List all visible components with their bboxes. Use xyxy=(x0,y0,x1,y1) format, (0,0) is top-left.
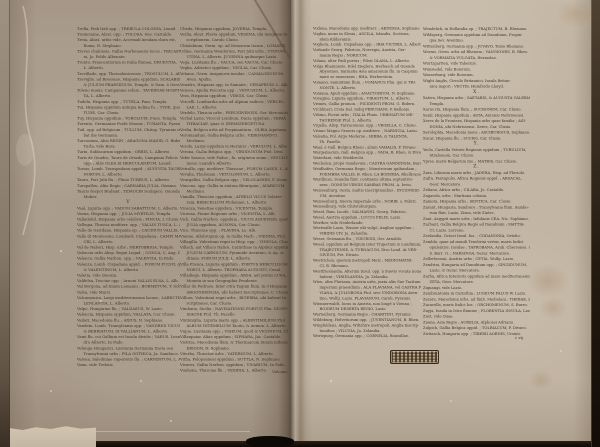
index-line: opulentiss. Insulae ; TAPROBANA, Arab. C… xyxy=(423,245,530,251)
printer-ornament xyxy=(390,350,439,364)
index-line: Valence, Gallia Narbon. opp. ; VALENTIA,… xyxy=(77,256,180,262)
index-line: Wendelick, in Hollandia op. ; TRAJECTUM,… xyxy=(423,26,530,32)
index-line: Xativa, Hispania urbs ; SAETABIS, & AUGU… xyxy=(423,95,530,101)
paper-flecks xyxy=(60,250,62,252)
index-line: Verona, Gallia Belgica opp. ; VIRODUNUM … xyxy=(180,149,288,155)
index-line: Turento, Germaniae Poelii Moenis ; TURAN… xyxy=(77,121,180,127)
signature-mark: c vij xyxy=(423,335,537,341)
book-right-edge xyxy=(591,0,600,447)
paper-flecks xyxy=(330,380,332,382)
index-line: Zellerbronni, Austria urbs ; CETIA, Wolf… xyxy=(423,256,530,262)
index-line: Xarus riu, Hispania flum. ; SUCRONEM, Ca… xyxy=(423,107,530,113)
index-line: Veglia, Adriatici oppidum ; VEGLIA, Car.… xyxy=(180,65,288,71)
index-column-right-2: Wendelick, in Hollandia op. ; TRAJECTUM,… xyxy=(423,26,530,337)
book-photo: Trella, Pedi Itali opp. ; TREBULA COLONI… xyxy=(0,0,600,447)
index-line: Worms, Germ. urbs ad Rhenum ; VANGIONES,… xyxy=(423,49,530,55)
index-line: Voghia, mons in Slesia ; ASCILA, Islandi… xyxy=(313,31,421,36)
index-line: Turin, Sublacarum oppidum ; ORBIS, L. Al… xyxy=(77,149,180,155)
index-line: Vrbino, Piceni urbs ; ITALIA Plinio. URB… xyxy=(313,112,421,117)
index-line: Vistriza, Macedonia flum. & Thermaicum S… xyxy=(180,340,288,346)
index-line: Zulpich, Gallia Belgica oppid. ; TOLBIAC… xyxy=(423,325,530,331)
index-line: Vann, vide Treleisi. xyxy=(77,362,180,368)
index-column-left-2: Ubeda, Hispania oppidum, JOVERIA, Templa… xyxy=(180,26,288,373)
index-line: Villar du Pedroso, Inter citra Tagum flu… xyxy=(180,284,288,290)
index-line: Zeelandia, Octavi Insul. Ins. ; CODANONI… xyxy=(423,233,530,239)
index-line: Zafra, Pentapolis, Africa Regionis oppid… xyxy=(423,176,530,182)
index-line: Wertzpurg, Germania opp. ; CORNELIA, Boi… xyxy=(313,334,421,339)
book-left-edge xyxy=(0,0,10,447)
index-line: Xerolophia, Macedonia mons ; ASCIBURGIUS… xyxy=(423,130,530,136)
index-line: Treia, Alsat. urbis vide, Accemali insul… xyxy=(77,37,180,43)
index-line: Volana, alter Padi portus ; Piloti OLANA… xyxy=(313,58,421,63)
index-line: Zembrantonia in Carinthia ; LUGEUM PALUS… xyxy=(423,291,530,297)
index-column-right-1: Vodena, Macedonia opp. mediterr. ; AEDES… xyxy=(313,26,421,339)
index-line: Zarbant, Gallia Belgica Regio ad Danubiu… xyxy=(423,222,530,228)
index-line: Valencia, Hispania oppidum, VALLATA, Car… xyxy=(77,312,180,318)
index-line: Xeres de la Frontera, Hispania urbs quae… xyxy=(423,118,530,124)
index-line: Val Borgona, ad Imum Lemanni ; BORMETUM,… xyxy=(77,284,180,290)
index-column-left-1: Trella, Pedi Itali opp. ; TREBULA COLONI… xyxy=(77,26,180,368)
gutter-shadow xyxy=(246,436,294,447)
catchword: Vulcani, xyxy=(180,369,288,375)
index-line: Weidhofen, Germania Regio ; Monstrorum q… xyxy=(313,166,421,171)
index-line: Zucarella, maris Italici Ins. ; ORCHOMEN… xyxy=(423,302,530,308)
index-line: Valle de Giordano, Hispania op. ; CAUDIU… xyxy=(77,228,180,234)
